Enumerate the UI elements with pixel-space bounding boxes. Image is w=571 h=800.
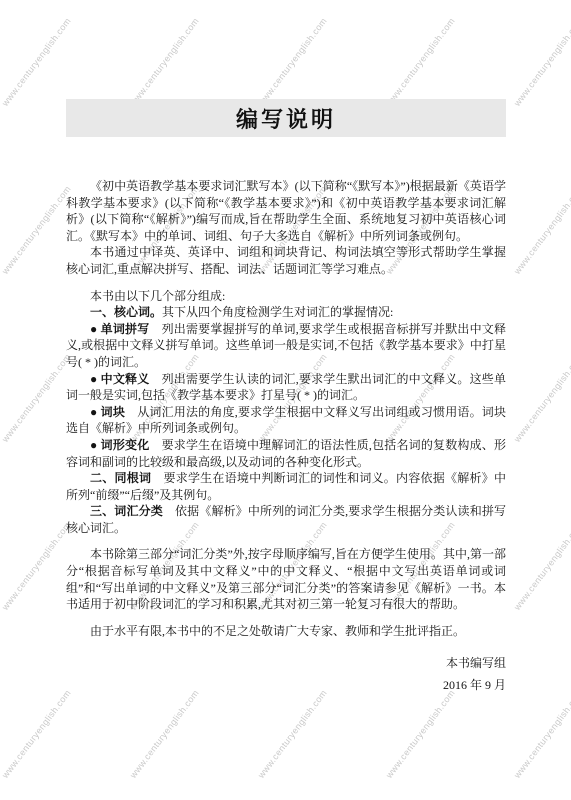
paragraph: ● 单词拼写 列出需要掌握拼写的单词,要求学生或根据音标拼写并默出中文释义,或根… bbox=[66, 321, 506, 371]
paragraph: 本书除第三部分“词汇分类”外,按字母顺序编写,旨在方便学生使用。其中,第一部分“… bbox=[66, 546, 506, 612]
watermark-text: www.centuryenglish.com bbox=[128, 688, 201, 780]
paragraph-lead: 二、同根词 bbox=[90, 471, 151, 485]
paragraph-lead: ● 词块 bbox=[90, 405, 125, 419]
paragraph-lead: 三、词汇分类 bbox=[90, 504, 163, 518]
watermark-text: www.centuryenglish.com bbox=[256, 688, 329, 780]
document-page: www.centuryenglish.comwww.centuryenglish… bbox=[0, 0, 571, 800]
watermark-text: www.centuryenglish.com bbox=[512, 352, 571, 444]
watermark-text: www.centuryenglish.com bbox=[256, 16, 329, 108]
watermark-text: www.centuryenglish.com bbox=[512, 184, 571, 276]
paragraph: ● 词块 从词汇用法的角度,要求学生根据中文释义写出词组或习惯用语。词块选自《解… bbox=[66, 404, 506, 437]
paragraph: 《初中英语教学基本要求词汇默写本》(以下简称“《默写本》”)根据最新《英语学科教… bbox=[66, 178, 506, 244]
watermark-text: www.centuryenglish.com bbox=[0, 688, 73, 780]
paragraphs: 《初中英语教学基本要求词汇默写本》(以下简称“《默写本》”)根据最新《英语学科教… bbox=[66, 178, 506, 639]
paragraph-lead: ● 词形变化 bbox=[90, 438, 149, 452]
signature-date: 2016 年 9 月 bbox=[66, 674, 506, 696]
watermark-text: www.centuryenglish.com bbox=[512, 520, 571, 612]
watermark-text: www.centuryenglish.com bbox=[384, 688, 457, 780]
paragraph-lead: ● 中文释义 bbox=[90, 372, 149, 386]
signature-author: 本书编写组 bbox=[66, 652, 506, 674]
signature-block: 本书编写组 2016 年 9 月 bbox=[66, 652, 506, 696]
paragraph: 本书通过中译英、英译中、词组和词块背记、构词法填空等形式帮助学生掌握核心词汇,重… bbox=[66, 244, 506, 277]
paragraph: 由于水平有限,本书中的不足之处敬请广大专家、教师和学生批评指正。 bbox=[66, 623, 506, 640]
watermark-text: www.centuryenglish.com bbox=[128, 16, 201, 108]
watermark-text: www.centuryenglish.com bbox=[0, 184, 73, 276]
watermark-text: www.centuryenglish.com bbox=[384, 16, 457, 108]
watermark-text: www.centuryenglish.com bbox=[0, 16, 73, 108]
paragraph: ● 中文释义 列出需要学生认读的词汇,要求学生默出词汇的中文释义。这些单词一般是… bbox=[66, 371, 506, 404]
page-title: 编写说明 bbox=[236, 103, 336, 134]
title-banner: 编写说明 bbox=[66, 99, 506, 137]
paragraph: 三、词汇分类 依据《解析》中所列的词汇分类,要求学生根据分类认读和拼写核心词汇。 bbox=[66, 503, 506, 536]
paragraph: 二、同根词 要求学生在语境中判断词汇的词性和词义。内容依据《解析》中所列“前缀”… bbox=[66, 470, 506, 503]
watermark-text: www.centuryenglish.com bbox=[0, 352, 73, 444]
paragraph-lead: ● 单词拼写 bbox=[90, 322, 149, 336]
paragraph: 一、核心词。其下从四个角度检测学生对词汇的掌握情况: bbox=[66, 304, 506, 321]
paragraph: 本书由以下几个部分组成: bbox=[66, 288, 506, 305]
paragraph-lead: 一、核心词。 bbox=[90, 305, 162, 319]
watermark-text: www.centuryenglish.com bbox=[512, 16, 571, 108]
watermark-text: www.centuryenglish.com bbox=[512, 688, 571, 780]
watermark-text: www.centuryenglish.com bbox=[0, 520, 73, 612]
body-text: 《初中英语教学基本要求词汇默写本》(以下简称“《默写本》”)根据最新《英语学科教… bbox=[66, 178, 506, 696]
paragraph: ● 词形变化 要求学生在语境中理解词汇的语法性质,包括名词的复数构成、形容词和副… bbox=[66, 437, 506, 470]
